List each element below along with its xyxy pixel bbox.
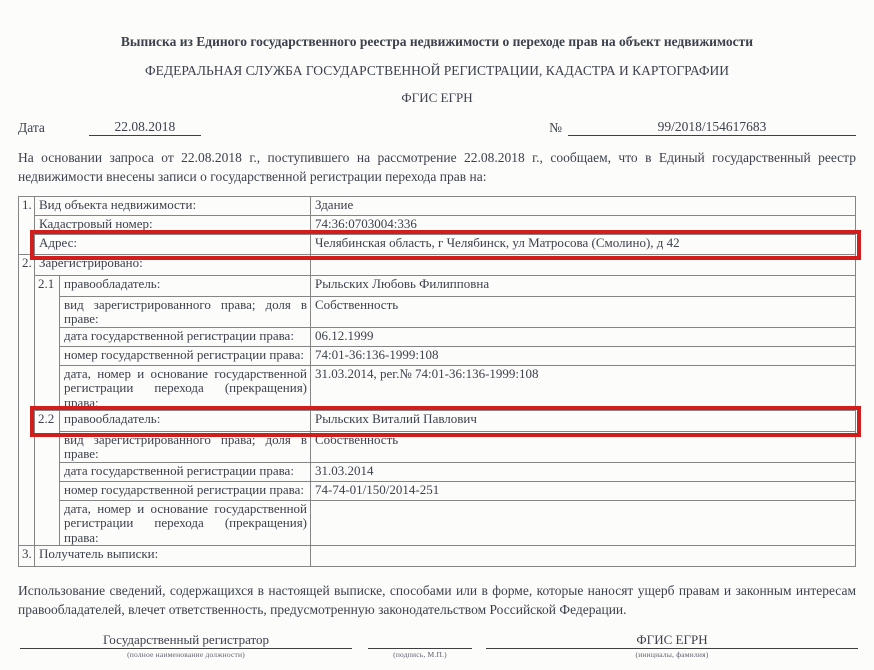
signature-row: Государственный регистратор (полное наим… (20, 632, 858, 659)
right-type-2-2-value-cell: Собственность (311, 432, 856, 463)
rightholder-2-2-value-cell: Рыльских Виталий Павлович (311, 411, 856, 432)
rightholder-2-1-label-cell: правообладатель: (60, 276, 311, 297)
registrar-caption: (полное наименование должности) (20, 650, 352, 659)
date-value: 22.08.2018 (89, 119, 201, 136)
recipient-value-cell (311, 546, 856, 567)
meta-row: Дата 22.08.2018 № 99/2018/154617683 (18, 119, 856, 136)
object-type-value-cell: Здание (311, 197, 856, 216)
row-registered: 2. Зарегистрировано: (19, 255, 856, 276)
right-type-2-2-label-cell: вид зарегистрированного права; доля в пр… (60, 432, 311, 463)
row-transfer-2-1: дата, номер и основание государственной … (19, 365, 856, 410)
stamp-line (368, 632, 472, 649)
row-rightholder-2-2: 2.2 правообладатель: Рыльских Виталий Па… (19, 411, 856, 432)
row-reg-number-2-2: номер государственной регистрации права:… (19, 481, 856, 500)
row-recipient: 3. Получатель выписки: (19, 546, 856, 567)
right-type-2-1-label-cell: вид зарегистрированного права; доля в пр… (60, 297, 311, 328)
number-value: 99/2018/154617683 (568, 119, 856, 136)
registrar-title: Государственный регистратор (20, 632, 352, 649)
document-title: Выписка из Единого государственного реес… (40, 34, 834, 50)
system-signature-block: ФГИС ЕГРН (инициалы, фамилия) (486, 632, 858, 659)
disclaimer-paragraph: Использование сведений, содержащихся в н… (18, 581, 856, 619)
row-object-type: 1. Вид объекта недвижимости: Здание (19, 197, 856, 216)
table-wrapper: 1. Вид объекта недвижимости: Здание Када… (18, 196, 856, 567)
reg-date-2-2-label-cell: дата государственной регистрации права: (60, 462, 311, 481)
stamp-caption: (подпись, М.П.) (368, 650, 472, 659)
row-transfer-2-2: дата, номер и основание государственной … (19, 500, 856, 545)
address-value-cell: Челябинская область, г Челябинск, ул Мат… (311, 235, 856, 255)
system-name: ФГИС ЕГРН (20, 90, 854, 106)
reg-number-2-2-value-cell: 74-74-01/150/2014-251 (311, 481, 856, 500)
row-right-type-2-2: вид зарегистрированного права; доля в пр… (19, 432, 856, 463)
transfer-2-1-value-cell: 31.03.2014, рег.№ 74:01-36:136-1999:108 (311, 365, 856, 410)
reg-number-2-1-value-cell: 74:01-36:136-1999:108 (311, 346, 856, 365)
transfer-2-2-label-cell: дата, номер и основание государственной … (60, 500, 311, 545)
reg-date-2-2-value-cell: 31.03.2014 (311, 462, 856, 481)
transfer-2-1-label-cell: дата, номер и основание государственной … (60, 365, 311, 410)
egrn-table: 1. Вид объекта недвижимости: Здание Када… (18, 196, 856, 567)
stamp-signature-block: (подпись, М.П.) (368, 632, 472, 659)
registered-value-cell (311, 255, 856, 276)
subsection-2-1-num-cell: 2.1 (35, 276, 60, 411)
cadastral-label-cell: Кадастровый номер: (35, 216, 311, 235)
row-reg-date-2-1: дата государственной регистрации права: … (19, 327, 856, 346)
date-label: Дата (18, 120, 45, 136)
address-label-cell: Адрес: (35, 235, 311, 255)
subsection-2-2-num-cell: 2.2 (35, 411, 60, 546)
registered-label-cell: Зарегистрировано: (35, 255, 311, 276)
system-title: ФГИС ЕГРН (486, 632, 858, 649)
section-1-num-cell: 1. (19, 197, 35, 255)
page: Выписка из Единого государственного реес… (0, 0, 874, 670)
row-cadastral-number: Кадастровый номер: 74:36:0703004:336 (19, 216, 856, 235)
object-type-label-cell: Вид объекта недвижимости: (35, 197, 311, 216)
recipient-label-cell: Получатель выписки: (35, 546, 311, 567)
reg-number-2-1-label-cell: номер государственной регистрации права: (60, 346, 311, 365)
number-label: № (549, 120, 562, 136)
transfer-2-2-value-cell (311, 500, 856, 545)
rightholder-2-2-label-cell: правообладатель: (60, 411, 311, 432)
intro-paragraph: На основании запроса от 22.08.2018 г., п… (18, 148, 856, 186)
reg-date-2-1-label-cell: дата государственной регистрации права: (60, 327, 311, 346)
row-address: Адрес: Челябинская область, г Челябинск,… (19, 235, 856, 255)
row-right-type-2-1: вид зарегистрированного права; доля в пр… (19, 297, 856, 328)
registrar-signature-block: Государственный регистратор (полное наим… (20, 632, 352, 659)
right-type-2-1-value-cell: Собственность (311, 297, 856, 328)
agency-name: ФЕДЕРАЛЬНАЯ СЛУЖБА ГОСУДАРСТВЕННОЙ РЕГИС… (20, 63, 854, 79)
section-2-num-cell: 2. (19, 255, 35, 546)
section-3-num-cell: 3. (19, 546, 35, 567)
reg-date-2-1-value-cell: 06.12.1999 (311, 327, 856, 346)
reg-number-2-2-label-cell: номер государственной регистрации права: (60, 481, 311, 500)
cadastral-value-cell: 74:36:0703004:336 (311, 216, 856, 235)
row-reg-number-2-1: номер государственной регистрации права:… (19, 346, 856, 365)
row-rightholder-2-1: 2.1 правообладатель: Рыльских Любовь Фил… (19, 276, 856, 297)
row-reg-date-2-2: дата государственной регистрации права: … (19, 462, 856, 481)
system-caption: (инициалы, фамилия) (486, 650, 858, 659)
rightholder-2-1-value-cell: Рыльских Любовь Филипповна (311, 276, 856, 297)
